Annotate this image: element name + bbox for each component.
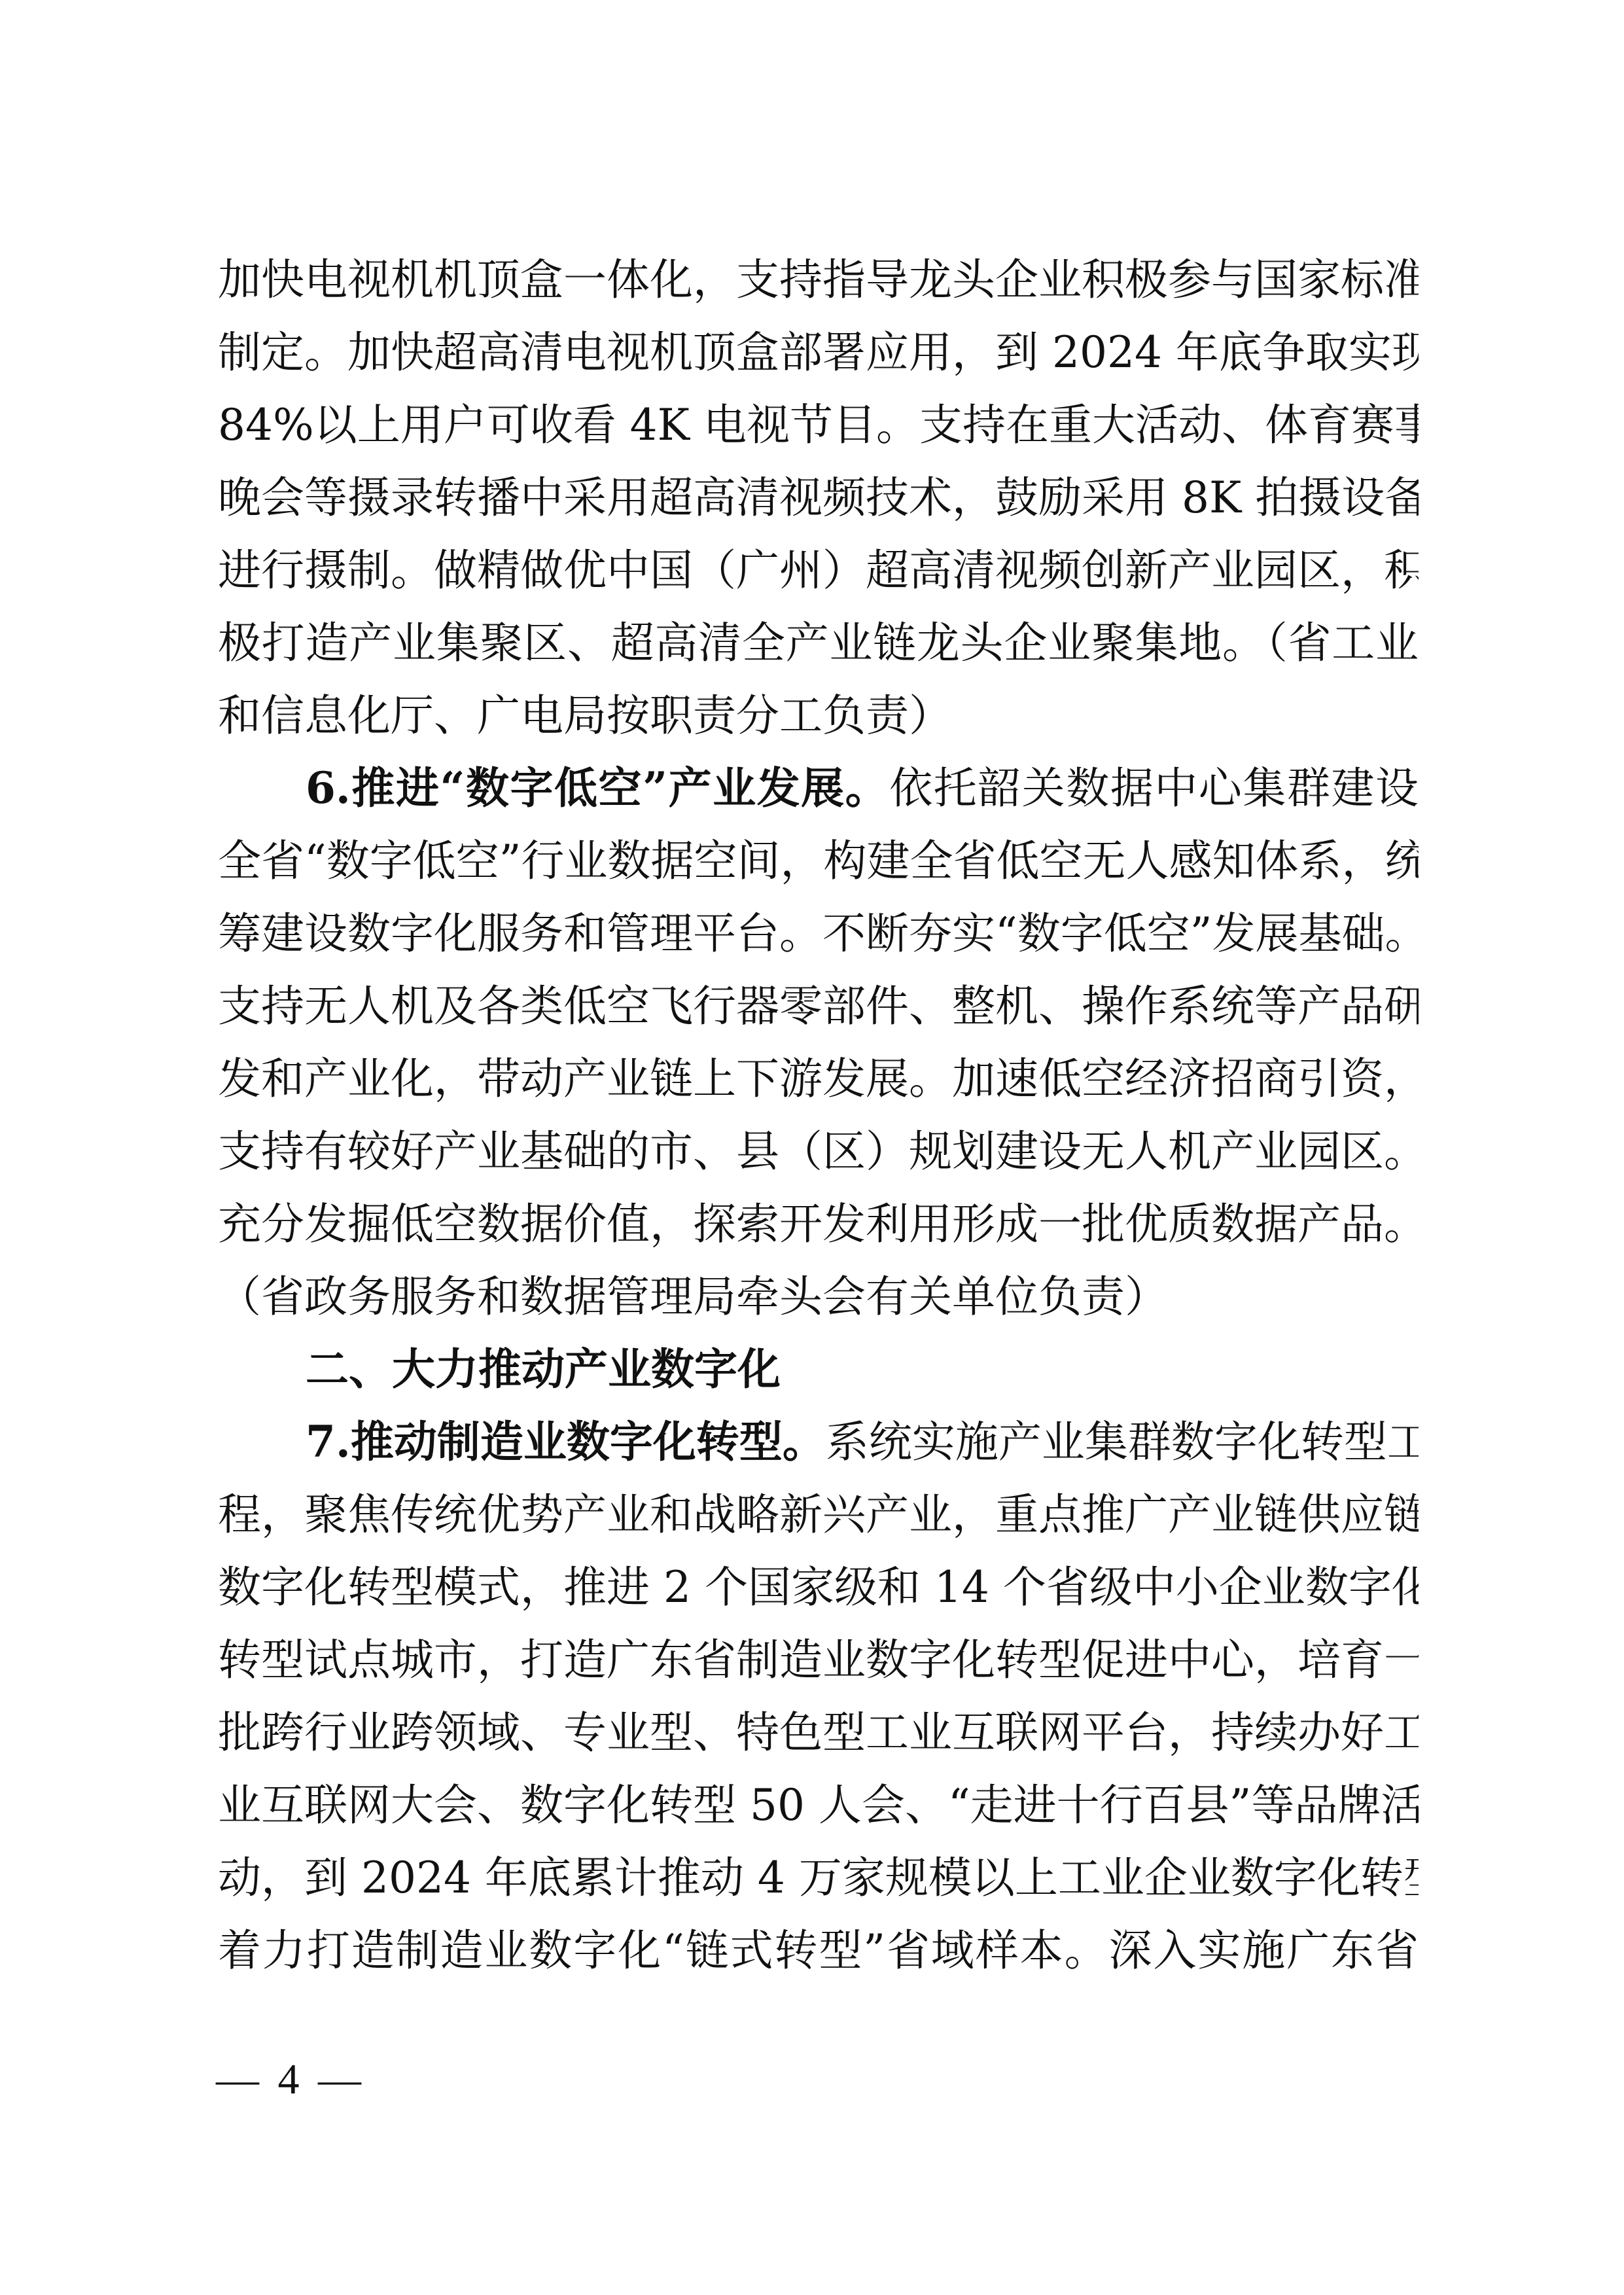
- text-line: 进行摄制。做精做优中国（广州）超高清视频创新产业园区，积: [218, 534, 1419, 607]
- text-line: 84%以上用户可收看 4K 电视节目。支持在重大活动、体育赛事、: [218, 389, 1419, 461]
- section-7-text: 系统实施产业集群数字化转型工: [826, 1417, 1419, 1467]
- section-7-first-line: 7.推动制造业数字化转型。系统实施产业集群数字化转型工: [218, 1406, 1419, 1478]
- text-line: 程，聚焦传统优势产业和战略新兴产业，重点推广产业链供应链: [218, 1478, 1419, 1551]
- page-number: — 4 —: [216, 2055, 365, 2105]
- text-line: 支持有较好产业基础的市、县（区）规划建设无人机产业园区。: [218, 1115, 1419, 1188]
- text-line: 充分发掘低空数据价值，探索开发利用形成一批优质数据产品。: [218, 1188, 1419, 1260]
- text-line: （省政务服务和数据管理局牵头会有关单位负责）: [218, 1260, 1419, 1333]
- text-line: 批跨行业跨领域、专业型、特色型工业互联网平台，持续办好工: [218, 1696, 1419, 1769]
- text-line: 转型试点城市，打造广东省制造业数字化转型促进中心，培育一: [218, 1624, 1419, 1696]
- text-line: 晚会等摄录转播中采用超高清视频技术，鼓励采用 8K 拍摄设备: [218, 461, 1419, 534]
- text-line: 发和产业化，带动产业链上下游发展。加速低空经济招商引资，: [218, 1042, 1419, 1115]
- section-6-title: 6.推进“数字低空”产业发展。: [306, 762, 889, 813]
- text-line: 全省“数字低空”行业数据空间，构建全省低空无人感知体系，统: [218, 825, 1419, 897]
- text-line: 着力打造制造业数字化“链式转型”省域样本。深入实施广东省: [218, 1914, 1419, 1987]
- text-line: 和信息化厅、广电局按职责分工负责）: [218, 679, 1419, 752]
- text-line: 业互联网大会、数字化转型 50 人会、“走进十行百县”等品牌活: [218, 1769, 1419, 1841]
- text-line: 数字化转型模式，推进 2 个国家级和 14 个省级中小企业数字化: [218, 1551, 1419, 1624]
- section-7-title: 7.推动制造业数字化转型。: [306, 1416, 826, 1467]
- text-line: 动，到 2024 年底累计推动 4 万家规模以上工业企业数字化转型，: [218, 1841, 1419, 1914]
- section-6-text: 依托韶关数据中心集群建设: [889, 763, 1419, 813]
- text-line: 筹建设数字化服务和管理平台。不断夯实“数字低空”发展基础。: [218, 897, 1419, 970]
- document-body: 加快电视机机顶盒一体化，支持指导龙头企业积极参与国家标准 制定。加快超高清电视机…: [218, 243, 1419, 1987]
- section-6-first-line: 6.推进“数字低空”产业发展。依托韶关数据中心集群建设: [218, 752, 1419, 825]
- section-heading: 二、大力推动产业数字化: [218, 1333, 1419, 1406]
- text-line: 极打造产业集聚区、超高清全产业链龙头企业聚集地。（省工业: [218, 607, 1419, 679]
- text-line: 制定。加快超高清电视机顶盒部署应用，到 2024 年底争取实现: [218, 316, 1419, 389]
- text-line: 加快电视机机顶盒一体化，支持指导龙头企业积极参与国家标准: [218, 243, 1419, 316]
- text-line: 支持无人机及各类低空飞行器零部件、整机、操作系统等产品研: [218, 970, 1419, 1042]
